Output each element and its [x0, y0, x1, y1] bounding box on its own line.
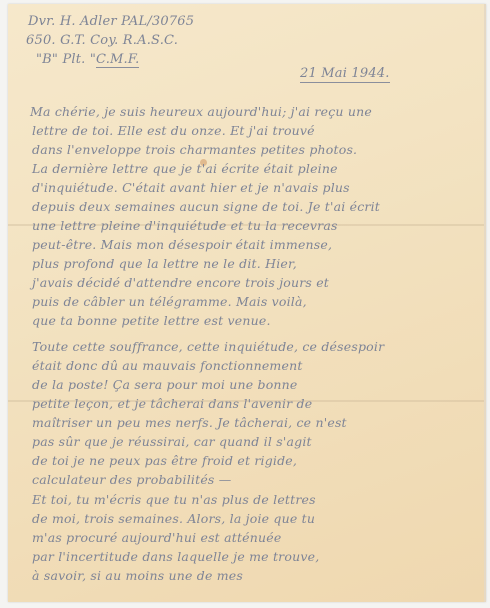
- body-line: de la poste! Ça sera pour moi une bonne: [32, 377, 298, 392]
- unit-line: 650. G.T. Coy. R.A.S.C.: [26, 31, 178, 50]
- body-line: d'inquiétude. C'était avant hier et je n…: [32, 180, 350, 195]
- body-line: petite leçon, et je tâcherai dans l'aven…: [32, 396, 312, 411]
- body-line: Toute cette souffrance, cette inquiétude…: [32, 339, 384, 354]
- body-line: était donc dû au mauvais fonctionnement: [32, 358, 303, 373]
- body-line: de toi je ne peux pas être froid et rigi…: [32, 453, 297, 468]
- body-line: maîtriser un peu mes nerfs. Je tâcherai,…: [32, 415, 347, 430]
- body-line: à savoir, si au moins une de mes: [32, 568, 243, 583]
- body-line: pas sûr que je réussirai, car quand il s…: [32, 434, 312, 449]
- body-line: m'as procuré aujourd'hui est atténuée: [32, 530, 281, 545]
- body-line: que ta bonne petite lettre est venue.: [32, 313, 271, 328]
- body-line: dans l'enveloppe trois charmantes petite…: [32, 142, 357, 157]
- body-line: lettre de toi. Elle est du onze. Et j'ai…: [32, 123, 315, 138]
- body-line: Et toi, tu m'écris que tu n'as plus de l…: [32, 492, 316, 507]
- body-line: plus profond que la lettre ne le dit. Hi…: [32, 256, 297, 271]
- body-line: depuis deux semaines aucun signe de toi.…: [32, 199, 380, 214]
- body-line: La dernière lettre que je t'ai écrite ét…: [32, 161, 338, 176]
- letter-page: Dvr. H. Adler PAL/30765 650. G.T. Coy. R…: [8, 4, 486, 602]
- body-line: peut-être. Mais mon désespoir était imme…: [32, 237, 332, 252]
- body-line: de moi, trois semaines. Alors, la joie q…: [32, 511, 315, 526]
- body-line: une lettre pleine d'inquiétude et tu la …: [32, 218, 338, 233]
- platoon-line: "B" Plt. "C.M.F.: [36, 50, 139, 69]
- sender-name-line: Dvr. H. Adler PAL/30765: [28, 12, 194, 31]
- body-line: Ma chérie, je suis heureux aujourd'hui; …: [30, 104, 372, 119]
- body-line: par l'incertitude dans laquelle je me tr…: [32, 549, 319, 564]
- letter-date: 21 Mai 1944.: [300, 66, 390, 83]
- platoon-prefix: "B" Plt. ": [36, 52, 96, 67]
- body-line: puis de câbler un télégramme. Mais voilà…: [32, 294, 307, 309]
- body-line: j'avais décidé d'attendre encore trois j…: [32, 275, 329, 290]
- cmf-label: C.M.F.: [96, 52, 139, 68]
- body-line: calculateur des probabilités —: [32, 472, 231, 487]
